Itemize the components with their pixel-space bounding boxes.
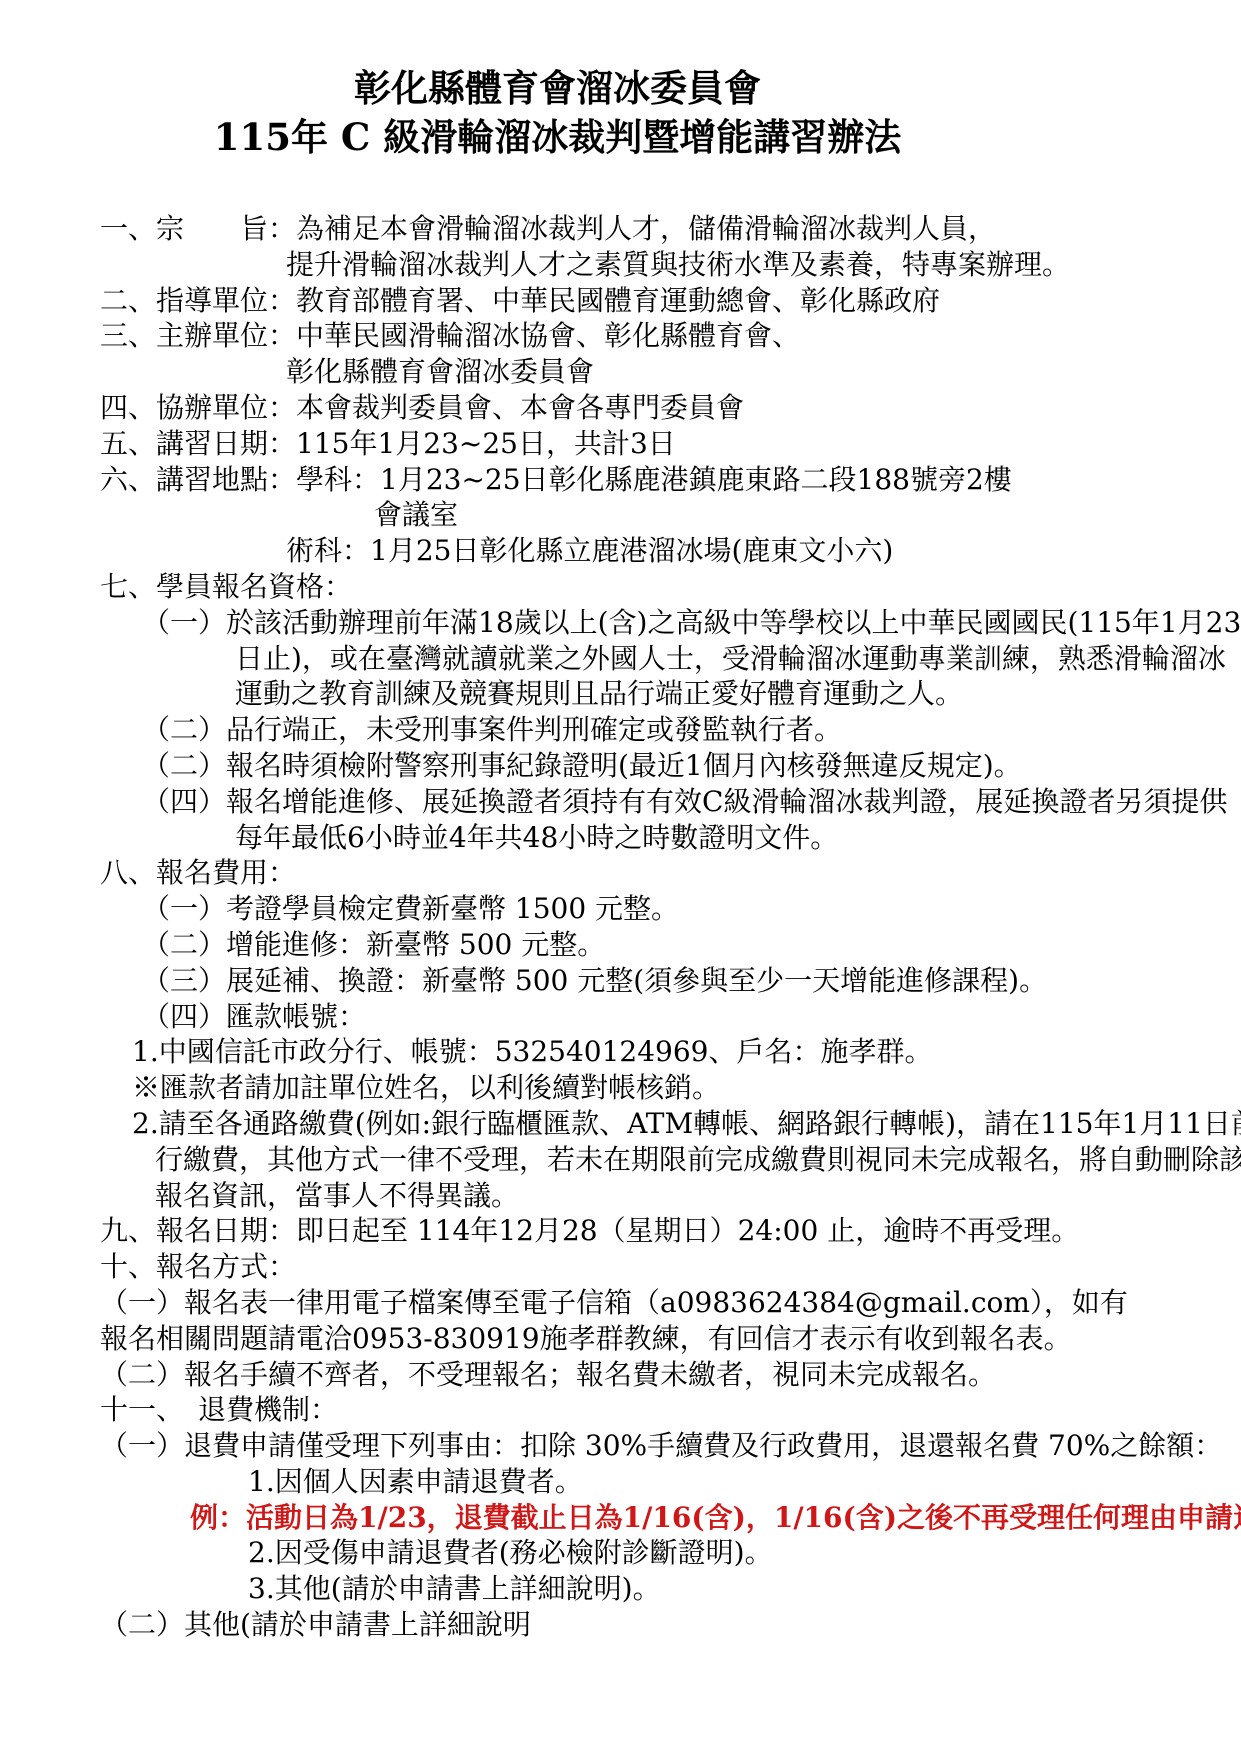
document-line: 十、報名方式： <box>100 1249 1211 1285</box>
document-line: 行繳費，其他方式一律不受理，若未在期限前完成繳費則視同未完成報名，將自動刪除該筆 <box>100 1142 1211 1178</box>
document-line: 三、主辦單位：中華民國滑輪溜冰協會、彰化縣體育會、 <box>100 318 1211 354</box>
document-line: 彰化縣體育會溜冰委員會 <box>100 354 1211 390</box>
document-line: 十一、 退費機制： <box>100 1392 1211 1428</box>
document-line: （一）考證學員檢定費新臺幣 1500 元整。 <box>100 891 1211 927</box>
document-line: （三）展延補、換證：新臺幣 500 元整(須參與至少一天增能進修課程)。 <box>100 963 1211 999</box>
document-line: 1.因個人因素申請退費者。 <box>100 1464 1211 1500</box>
document-header: 彰化縣體育會溜冰委員會 115年 C 級滑輪溜冰裁判暨增能講習辦法 <box>0 64 1115 162</box>
document-line: （一）報名表一律用電子檔案傳至電子信箱（a0983624384@gmail.co… <box>100 1285 1211 1321</box>
document-line: （二）其他(請於申請書上詳細說明 <box>100 1607 1211 1643</box>
document-line: 五、講習日期：115年1月23~25日，共計3日 <box>100 426 1211 462</box>
document-line: 七、學員報名資格： <box>100 569 1211 605</box>
document-line: （二）品行端正，未受刑事案件判刑確定或發監執行者。 <box>100 712 1211 748</box>
document-line: 每年最低6小時並4年共48小時之時數證明文件。 <box>100 820 1211 856</box>
document-title-line1: 彰化縣體育會溜冰委員會 <box>0 64 1115 113</box>
document-line: （二）報名手續不齊者，不受理報名；報名費未繳者，視同未完成報名。 <box>100 1357 1211 1393</box>
document-line: 會議室 <box>100 497 1211 533</box>
document-line: 日止)，或在臺灣就讀就業之外國人士，受滑輪溜冰運動專業訓練，熟悉滑輪溜冰 <box>100 641 1211 677</box>
document-line: 提升滑輪溜冰裁判人才之素質與技術水準及素養，特專案辦理。 <box>100 247 1211 283</box>
document-line: ※匯款者請加註單位姓名，以利後續對帳核銷。 <box>100 1070 1211 1106</box>
document-line: （二）報名時須檢附警察刑事紀錄證明(最近1個月內核發無違反規定)。 <box>100 748 1211 784</box>
document-line: 六、講習地點：學科：1月23~25日彰化縣鹿港鎮鹿東路二段188號旁2樓 <box>100 462 1211 498</box>
document-line: 運動之教育訓練及競賽規則且品行端正愛好體育運動之人。 <box>100 676 1211 712</box>
document-line: 1.中國信託市政分行、帳號：532540124969、戶名：施孝群。 <box>100 1034 1211 1070</box>
document-line: （一）於該活動辦理前年滿18歲以上(含)之高級中等學校以上中華民國國民(115年… <box>100 605 1211 641</box>
document-title-line2: 115年 C 級滑輪溜冰裁判暨增能講習辦法 <box>0 113 1115 162</box>
document-line: 八、報名費用： <box>100 855 1211 891</box>
document-line: 一、宗 旨：為補足本會滑輪溜冰裁判人才，儲備滑輪溜冰裁判人員， <box>100 211 1211 247</box>
document-line: 二、指導單位：教育部體育署、中華民國體育運動總會、彰化縣政府 <box>100 283 1211 319</box>
document-line: 2.因受傷申請退費者(務必檢附診斷證明)。 <box>100 1535 1211 1571</box>
document-line: 2.請至各通路繳費(例如:銀行臨櫃匯款、ATM轉帳、網路銀行轉帳)，請在115年… <box>100 1106 1211 1142</box>
document-line-highlighted: 例：活動日為1/23，退費截止日為1/16(含)，1/16(含)之後不再受理任何… <box>100 1500 1211 1536</box>
document-line: （四）匯款帳號： <box>100 999 1211 1035</box>
document-line: 報名相關問題請電洽0953-830919施孝群教練，有回信才表示有收到報名表。 <box>100 1321 1211 1357</box>
document-line: 報名資訊，當事人不得異議。 <box>100 1178 1211 1214</box>
document-body: 一、宗 旨：為補足本會滑輪溜冰裁判人才，儲備滑輪溜冰裁判人員， 提升滑輪溜冰裁判… <box>100 211 1211 1643</box>
document-line: （四）報名增能進修、展延換證者須持有有效C級滑輪溜冰裁判證，展延換證者另須提供 <box>100 784 1211 820</box>
document-line: 四、協辦單位：本會裁判委員會、本會各專門委員會 <box>100 390 1211 426</box>
document-line: 3.其他(請於申請書上詳細說明)。 <box>100 1571 1211 1607</box>
document-line: （二）增能進修：新臺幣 500 元整。 <box>100 927 1211 963</box>
document-page: 彰化縣體育會溜冰委員會 115年 C 級滑輪溜冰裁判暨增能講習辦法 一、宗 旨：… <box>0 0 1241 1755</box>
document-line: 九、報名日期：即日起至 114年12月28（星期日）24:00 止，逾時不再受理… <box>100 1213 1211 1249</box>
document-line: （一）退費申請僅受理下列事由：扣除 30%手續費及行政費用，退還報名費 70%之… <box>100 1428 1211 1464</box>
document-line: 術科：1月25日彰化縣立鹿港溜冰場(鹿東文小六) <box>100 533 1211 569</box>
